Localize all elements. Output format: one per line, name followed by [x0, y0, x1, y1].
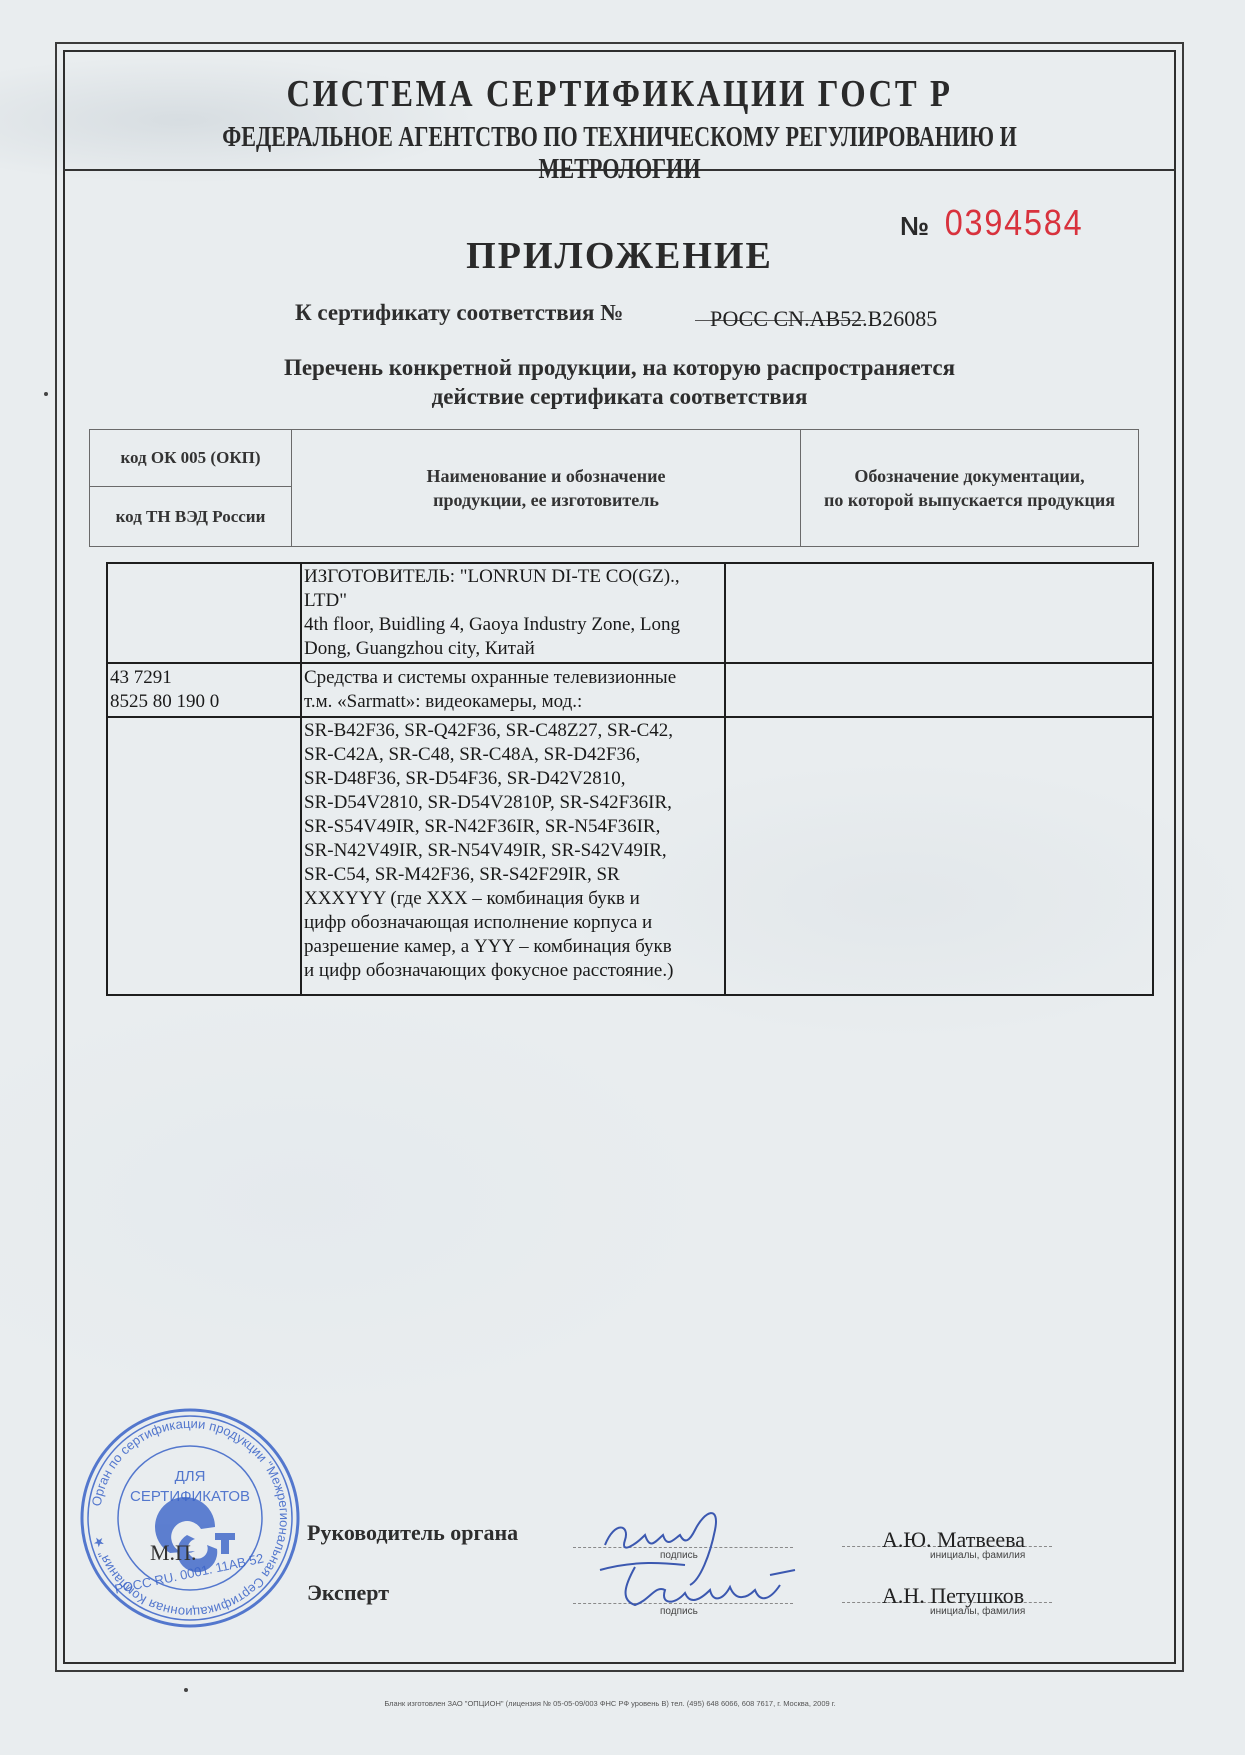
- page-title: ПРИЛОЖЕНИЕ: [63, 234, 1176, 278]
- manufacturer-address-line: 4th floor, Buidling 4, Gaoya Industry Zo…: [304, 613, 720, 637]
- models-line: SR-C42A, SR-C48, SR-C48A, SR-D42F36,: [304, 743, 720, 767]
- product-header-line1: Наименование и обозначение: [427, 464, 666, 488]
- cert-number: РОСС CN.AB52.B26085: [710, 306, 937, 332]
- expert-signature-icon: [595, 1555, 815, 1615]
- code-cell: 43 7291 8525 80 190 0: [110, 666, 296, 714]
- cert-label: К сертификату соответствия №: [295, 300, 623, 326]
- models-line: цифр обозначающая исполнение корпуса и: [304, 911, 720, 935]
- models-line: SR-B42F36, SR-Q42F36, SR-C48Z27, SR-C42,: [304, 719, 720, 743]
- tnved-code-header: код ТН ВЭД России: [90, 487, 291, 546]
- seal-place: М.П.: [150, 1540, 196, 1566]
- agency-title: ФЕДЕРАЛЬНОЕ АГЕНТСТВО ПО ТЕХНИЧЕСКОМУ РЕ…: [180, 122, 1059, 186]
- list-title-line1: Перечень конкретной продукции, на котору…: [63, 353, 1176, 382]
- manufacturer-line: ИЗГОТОВИТЕЛЬ: "LONRUN DI-TE CO(GZ).,: [304, 565, 720, 589]
- manufacturer-address-line: Dong, Guangzhou city, Китай: [304, 637, 720, 661]
- table-row-divider: [106, 662, 1154, 664]
- list-title: Перечень конкретной продукции, на котору…: [63, 353, 1176, 411]
- models-cell: SR-B42F36, SR-Q42F36, SR-C48Z27, SR-C42,…: [304, 719, 720, 983]
- list-title-line2: действие сертификата соответствия: [63, 382, 1176, 411]
- models-line: SR-D54V2810, SR-D54V2810P, SR-S42F36IR,: [304, 791, 720, 815]
- expert-role-label: Эксперт: [307, 1580, 389, 1606]
- product-cell: Средства и системы охранные телевизионны…: [304, 666, 720, 714]
- doc-header-line2: по которой выпускается продукция: [824, 488, 1115, 512]
- models-line: XXXYYY (где XXX – комбинация букв и: [304, 887, 720, 911]
- system-title: СИСТЕМА СЕРТИФИКАЦИИ ГОСТ Р: [141, 72, 1098, 116]
- table-row-divider: [106, 716, 1154, 718]
- documentation-header: Обозначение документации, по которой вып…: [801, 430, 1138, 546]
- name-caption: инициалы, фамилия: [930, 1606, 1025, 1617]
- code-column-header: код ОК 005 (ОКП) код ТН ВЭД России: [90, 430, 292, 546]
- models-line: SR-N42V49IR, SR-N54V49IR, SR-S42V49IR,: [304, 839, 720, 863]
- speck: [184, 1688, 188, 1692]
- name-caption: инициалы, фамилия: [930, 1550, 1025, 1561]
- product-line: т.м. «Sarmatt»: видеокамеры, мод.:: [304, 690, 720, 714]
- models-line: SR-S54V49IR, SR-N42F36IR, SR-N54F36IR,: [304, 815, 720, 839]
- manufacturer-cell: ИЗГОТОВИТЕЛЬ: "LONRUN DI-TE CO(GZ)., LTD…: [304, 565, 720, 661]
- certification-stamp-icon: Орган по сертификации продукции "Межреги…: [75, 1403, 305, 1633]
- table-column-divider: [724, 562, 726, 996]
- svg-text:ДЛЯ: ДЛЯ: [175, 1468, 206, 1485]
- manufacturer-line: LTD": [304, 589, 720, 613]
- product-name-header: Наименование и обозначение продукции, ее…: [292, 430, 801, 546]
- column-header-table: код ОК 005 (ОКП) код ТН ВЭД России Наиме…: [89, 429, 1139, 547]
- product-header-line2: продукции, ее изготовитель: [427, 488, 666, 512]
- models-line: SR-D48F36, SR-D54F36, SR-D42V2810,: [304, 767, 720, 791]
- speck: [44, 392, 48, 396]
- models-line: разрешение камер, а YYY – комбинация бук…: [304, 935, 720, 959]
- tnved-code: 8525 80 190 0: [110, 690, 296, 714]
- printer-note: Бланк изготовлен ЗАО "ОПЦИОН" (лицензия …: [340, 1699, 880, 1708]
- models-line: SR-C54, SR-M42F36, SR-S42F29IR, SR: [304, 863, 720, 887]
- product-line: Средства и системы охранные телевизионны…: [304, 666, 720, 690]
- doc-header-line1: Обозначение документации,: [824, 464, 1115, 488]
- okp-code: 43 7291: [110, 666, 296, 690]
- models-line: и цифр обозначающих фокусное расстояние.…: [304, 959, 720, 983]
- head-role-label: Руководитель органа: [307, 1520, 518, 1546]
- okp-code-header: код ОК 005 (ОКП): [90, 430, 291, 487]
- table-column-divider: [300, 562, 302, 996]
